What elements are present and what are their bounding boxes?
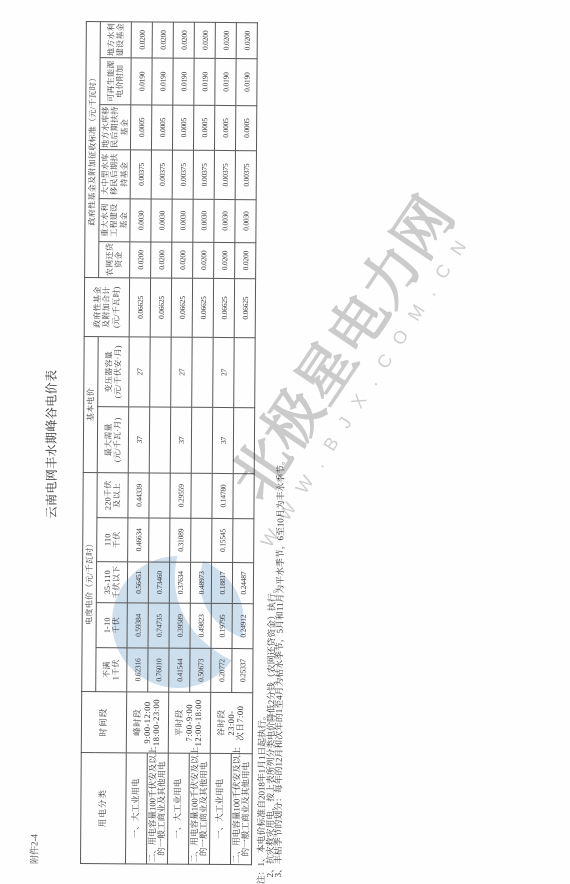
price-1-10kv-cell: 0.74735 [148,603,169,648]
category-cell: 二、用电容量100千伏安及以上 的一般工商业及其他用电 [146,753,168,864]
large-reservoir-resettlement-fund-cell: 0.00375 [214,150,235,199]
header-transformer-capacity: 变压器容量 (元/千伏安·月) [97,337,128,407]
price-under-1kv-cell: 0.25337 [231,649,252,693]
local-water-construction-fund-cell: 0.0200 [152,22,173,58]
fund-total-cell: 0.06625 [213,278,234,337]
header-220kv: 220千伏 及以上 [96,473,127,518]
major-water-project-fund-cell: 0.0030 [213,199,234,242]
renewable-energy-surcharge-cell: 0.0190 [193,58,214,105]
header-time-period: 时间段 [81,692,126,753]
category-cell: 一、大工业用电 [125,753,147,864]
rural-grid-loan-fund-cell: 0.0200 [234,243,255,279]
category-cell: 二、用电容量100千伏安及以上 的一般工商业及其他用电 [230,754,252,865]
major-water-project-fund-cell: 0.0030 [171,199,192,242]
price-1-10kv-cell: 0.19795 [211,603,232,648]
price-220kv-cell: 0.44339 [127,473,148,518]
fund-total-cell: 0.06625 [150,278,171,337]
rural-grid-loan-fund-cell: 0.0200 [129,242,150,278]
major-water-project-fund-cell: 0.0030 [234,200,255,243]
price-110kv-cell: 0.15545 [211,518,232,562]
transformer-capacity-charge-cell: 27 [170,337,191,407]
local-water-construction-fund-cell: 0.0200 [173,22,194,58]
transformer-capacity-charge-cell [149,337,170,407]
price-110kv-cell [190,518,211,562]
renewable-energy-surcharge-cell: 0.0190 [151,58,172,105]
price-1-10kv-cell: 0.24912 [232,604,253,649]
large-reservoir-resettlement-fund-cell: 0.00375 [193,150,214,199]
price-under-1kv-cell: 0.41544 [168,648,189,692]
local-reservoir-resettlement-fund-cell: 0.0005 [193,105,214,150]
large-reservoir-resettlement-fund-cell: 0.00375 [172,150,193,199]
max-demand-charge-cell [149,407,170,473]
local-reservoir-resettlement-fund-cell: 0.0005 [130,105,151,150]
page-title: 云南电网丰水期峰谷电价表 [43,370,60,519]
price-35-110kv-cell: 0.24487 [232,563,253,604]
max-demand-charge-cell: 37 [170,407,191,473]
price-under-1kv-cell: 0.50673 [189,648,210,692]
header-category: 用电分类 [80,753,126,864]
local-reservoir-resettlement-fund-cell: 0.0005 [214,105,235,150]
large-reservoir-resettlement-fund-cell: 0.00375 [235,151,256,200]
renewable-energy-surcharge-cell: 0.0190 [235,59,256,106]
attachment-label: 附件2-4 [28,834,41,864]
local-reservoir-resettlement-fund-cell: 0.0005 [151,105,172,150]
rural-grid-loan-fund-cell: 0.0200 [150,242,171,278]
major-water-project-fund-cell: 0.0030 [150,199,171,242]
time-period-cell: 谷时段 23:00- 次日7:00 [210,692,252,753]
fund-total-cell: 0.06625 [171,278,192,337]
header-rural-grid-loan-fund: 农网还贷 资金 [98,242,129,278]
header-energy-price-group: 电度电价（元/千瓦时） [81,472,97,691]
header-35-110kv: 35-110 千伏以下 [96,562,127,603]
major-water-project-fund-cell: 0.0030 [129,199,150,242]
header-max-demand: 最大需量 (元/千瓦·月) [97,407,128,473]
price-220kv-cell [190,473,211,518]
local-water-construction-fund-cell: 0.0200 [194,22,215,58]
price-35-110kv-cell: 0.37634 [169,562,190,603]
header-1-10kv: 1-10 千伏 [96,603,127,648]
header-basic-price-group: 基本电价 [83,336,98,472]
header-large-reservoir-resettlement-fund: 大中型水库 移民后期扶 持基金 [99,150,130,199]
rural-grid-loan-fund-cell: 0.0200 [213,242,234,278]
price-1-10kv-cell: 0.59384 [127,603,148,648]
price-35-110kv-cell: 0.48973 [190,562,211,603]
scanned-document-page: 附件2-4 云南电网丰水期峰谷电价表 用电分类 时间段 电度电价（元/千瓦时） … [0,0,570,884]
rural-grid-loan-fund-cell: 0.0200 [171,242,192,278]
category-cell: 一、大工业用电 [209,753,231,864]
header-fund-total: 政府性基金 及附加合计 (元/千瓦时) [84,277,129,336]
header-renewable-energy-surcharge: 可再生能源 电价附加 [99,58,130,105]
fund-total-cell: 0.06625 [234,279,255,338]
header-local-water-construction-fund: 地方水利 建设基金 [100,22,131,58]
large-reservoir-resettlement-fund-cell: 0.00375 [151,150,172,199]
price-220kv-cell [148,473,169,518]
price-110kv-cell [232,519,253,563]
local-reservoir-resettlement-fund-cell: 0.0005 [172,105,193,150]
price-220kv-cell: 0.29559 [169,473,190,518]
price-35-110kv-cell: 0.18817 [211,562,232,603]
local-water-construction-fund-cell: 0.0200 [236,22,257,58]
price-under-1kv-cell: 0.76010 [147,648,168,692]
price-35-110kv-cell: 0.56451 [127,562,148,603]
renewable-energy-surcharge-cell: 0.0190 [214,58,235,105]
header-under-1kv: 不满 1千伏 [95,648,126,692]
major-water-project-fund-cell: 0.0030 [192,199,213,242]
local-reservoir-resettlement-fund-cell: 0.0005 [235,106,256,151]
price-110kv-cell: 0.46634 [127,518,148,562]
time-period-cell: 峰时段 9:00-12:00 18:00-23:00 [126,692,168,753]
renewable-energy-surcharge-cell: 0.0190 [130,58,151,105]
price-1-10kv-cell: 0.39589 [169,603,190,648]
price-under-1kv-cell: 0.62316 [126,648,147,692]
fund-total-cell: 0.06625 [129,278,150,337]
price-35-110kv-cell: 0.73460 [148,562,169,603]
category-cell: 二、用电容量100千伏安及以上 的一般工商业及其他用电 [188,753,210,864]
local-water-construction-fund-cell: 0.0200 [131,22,152,58]
rural-grid-loan-fund-cell: 0.0200 [192,242,213,278]
header-fund-group: 政府性基金及附加征收标准（元/千瓦时） [84,21,100,277]
price-1-10kv-cell: 0.49823 [190,603,211,648]
local-water-construction-fund-cell: 0.0200 [215,22,236,58]
price-under-1kv-cell: 0.20772 [210,648,231,692]
time-period-cell: 平时段 7:00-9:00 12:00-18:00 [168,692,210,753]
header-local-reservoir-resettlement-fund: 地方水库移 民后期扶持 基金 [99,105,130,150]
transformer-capacity-charge-cell: 27 [212,337,233,407]
renewable-energy-surcharge-cell: 0.0190 [172,58,193,105]
max-demand-charge-cell: 37 [128,407,149,473]
fund-total-cell: 0.06625 [192,278,213,337]
header-110kv: 110 千伏 [96,518,127,562]
transformer-capacity-charge-cell: 27 [128,337,149,407]
header-major-water-project-fund: 重大水利 工程建设 基金 [98,199,129,242]
transformer-capacity-charge-cell [191,337,212,407]
price-110kv-cell: 0.31089 [169,518,190,562]
price-110kv-cell [148,518,169,562]
category-cell: 一、大工业用电 [167,753,189,864]
large-reservoir-resettlement-fund-cell: 0.00375 [130,150,151,199]
